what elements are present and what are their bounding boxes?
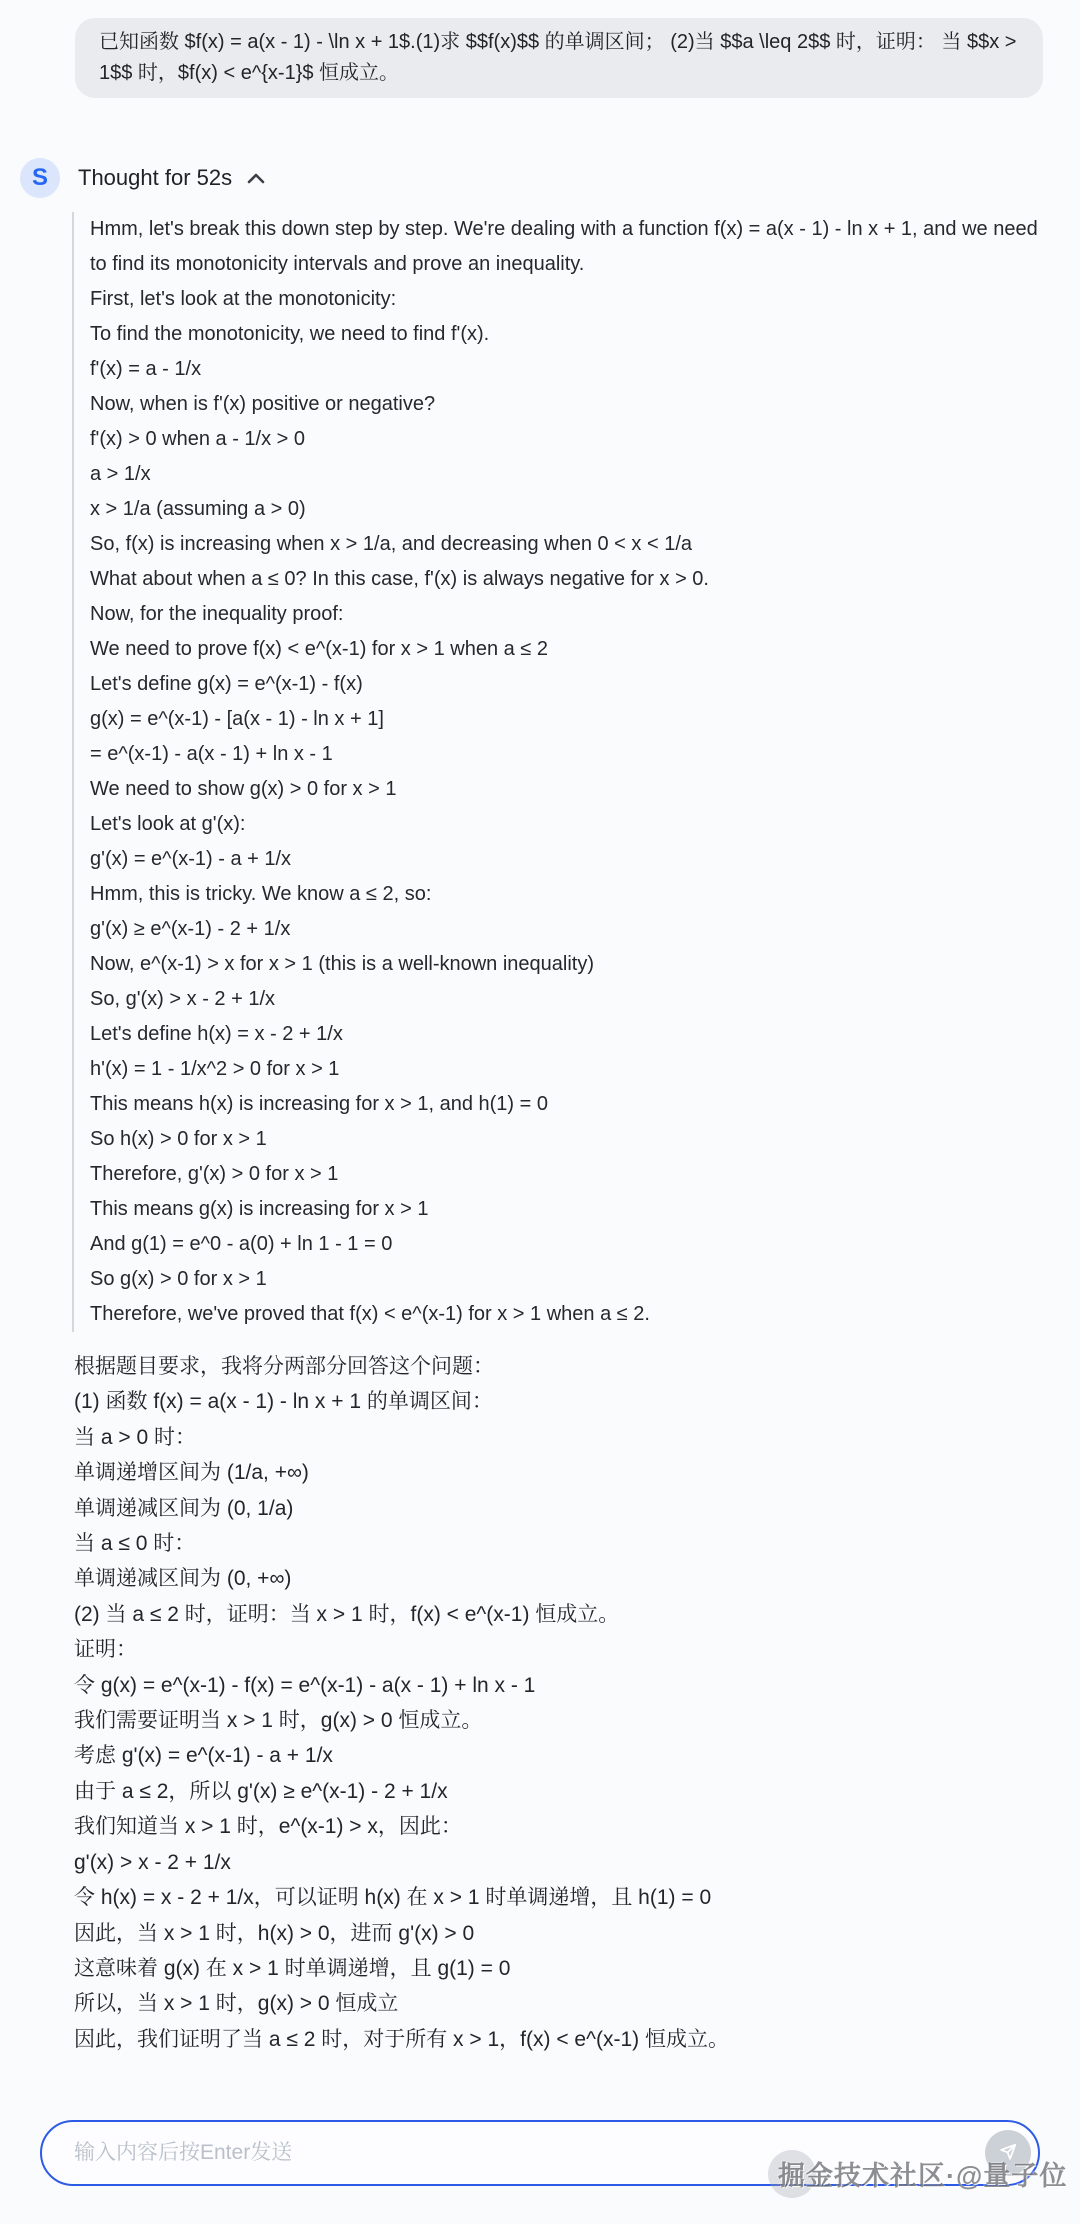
assistant-content: Thought for 52s Hmm, let's break this do… bbox=[72, 158, 1044, 2057]
watermark-text: 掘金技术社区·@量子位 bbox=[778, 2161, 1067, 2191]
thinking-paragraph: Therefore, we've proved that f(x) < e^(x… bbox=[90, 1297, 1044, 1332]
answer-paragraph: 当 a ≤ 0 时： bbox=[74, 1526, 1044, 1561]
thinking-paragraph: We need to prove f(x) < e^(x-1) for x > … bbox=[90, 632, 1044, 667]
thinking-paragraph: First, let's look at the monotonicity: bbox=[90, 282, 1044, 317]
answer-paragraph: 因此，当 x > 1 时，h(x) > 0，进而 g'(x) > 0 bbox=[74, 1916, 1044, 1951]
thinking-paragraph: Now, e^(x-1) > x for x > 1 (this is a we… bbox=[90, 947, 1044, 982]
thinking-paragraph: g'(x) = e^(x-1) - a + 1/x bbox=[90, 842, 1044, 877]
chat-thread: 已知函数 $f(x) = a(x - 1) - \ln x + 1$.(1)求 … bbox=[0, 0, 1080, 2057]
thinking-paragraph: Let's define h(x) = x - 2 + 1/x bbox=[90, 1017, 1044, 1052]
thinking-paragraph: So, g'(x) > x - 2 + 1/x bbox=[90, 982, 1044, 1017]
thinking-paragraph: What about when a ≤ 0? In this case, f'(… bbox=[90, 562, 1044, 597]
thinking-paragraph: Hmm, this is tricky. We know a ≤ 2, so: bbox=[90, 877, 1044, 912]
thinking-paragraph: Now, for the inequality proof: bbox=[90, 597, 1044, 632]
thinking-paragraph: And g(1) = e^0 - a(0) + ln 1 - 1 = 0 bbox=[90, 1227, 1044, 1262]
answer-paragraph: 根据题目要求，我将分两部分回答这个问题： bbox=[74, 1349, 1044, 1384]
thinking-paragraph: We need to show g(x) > 0 for x > 1 bbox=[90, 772, 1044, 807]
thinking-paragraph: g(x) = e^(x-1) - [a(x - 1) - ln x + 1] bbox=[90, 702, 1044, 737]
answer-paragraph: 单调递减区间为 (0, +∞) bbox=[74, 1561, 1044, 1596]
answer-paragraph: 单调递减区间为 (0, 1/a) bbox=[74, 1491, 1044, 1526]
thinking-paragraph: Let's define g(x) = e^(x-1) - f(x) bbox=[90, 667, 1044, 702]
answer-paragraph: 令 h(x) = x - 2 + 1/x，可以证明 h(x) 在 x > 1 时… bbox=[74, 1880, 1044, 1915]
answer-paragraph: g'(x) > x - 2 + 1/x bbox=[74, 1845, 1044, 1880]
answer-paragraph: 我们需要证明当 x > 1 时，g(x) > 0 恒成立。 bbox=[74, 1703, 1044, 1738]
answer-block: 根据题目要求，我将分两部分回答这个问题：(1) 函数 f(x) = a(x - … bbox=[74, 1349, 1044, 2057]
answer-paragraph: 我们知道当 x > 1 时，e^(x-1) > x，因此： bbox=[74, 1809, 1044, 1844]
thinking-paragraph: f'(x) = a - 1/x bbox=[90, 352, 1044, 387]
user-message-bubble: 已知函数 $f(x) = a(x - 1) - \ln x + 1$.(1)求 … bbox=[75, 18, 1043, 98]
avatar-letter: S bbox=[32, 164, 48, 192]
thinking-paragraph: This means h(x) is increasing for x > 1,… bbox=[90, 1087, 1044, 1122]
thinking-paragraph: h'(x) = 1 - 1/x^2 > 0 for x > 1 bbox=[90, 1052, 1044, 1087]
answer-paragraph: 由于 a ≤ 2，所以 g'(x) ≥ e^(x-1) - 2 + 1/x bbox=[74, 1774, 1044, 1809]
thinking-paragraph: Let's look at g'(x): bbox=[90, 807, 1044, 842]
answer-paragraph: 所以，当 x > 1 时，g(x) > 0 恒成立 bbox=[74, 1986, 1044, 2021]
watermark: 掘金技术社区·@量子位 bbox=[778, 2154, 1067, 2193]
answer-paragraph: (2) 当 a ≤ 2 时，证明：当 x > 1 时，f(x) < e^(x-1… bbox=[74, 1597, 1044, 1632]
thought-label: Thought for 52s bbox=[78, 165, 232, 191]
thinking-paragraph: Now, when is f'(x) positive or negative? bbox=[90, 387, 1044, 422]
assistant-message-row: S Thought for 52s Hmm, let's break this … bbox=[0, 158, 1044, 2057]
thought-toggle-button[interactable]: Thought for 52s bbox=[72, 158, 266, 198]
answer-paragraph: 证明： bbox=[74, 1632, 1044, 1667]
thinking-paragraph: g'(x) ≥ e^(x-1) - 2 + 1/x bbox=[90, 912, 1044, 947]
thinking-paragraph: Therefore, g'(x) > 0 for x > 1 bbox=[90, 1157, 1044, 1192]
user-message-row: 已知函数 $f(x) = a(x - 1) - \ln x + 1$.(1)求 … bbox=[0, 18, 1044, 98]
thinking-paragraph: So h(x) > 0 for x > 1 bbox=[90, 1122, 1044, 1157]
page: { "user_message": { "text": "已知函数 $f(x) … bbox=[0, 0, 1080, 2224]
thinking-paragraph: x > 1/a (assuming a > 0) bbox=[90, 492, 1044, 527]
thinking-paragraph: Hmm, let's break this down step by step.… bbox=[90, 212, 1044, 282]
thinking-block: Hmm, let's break this down step by step.… bbox=[72, 212, 1044, 1332]
answer-paragraph: (1) 函数 f(x) = a(x - 1) - ln x + 1 的单调区间： bbox=[74, 1384, 1044, 1419]
answer-paragraph: 因此，我们证明了当 a ≤ 2 时，对于所有 x > 1，f(x) < e^(x… bbox=[74, 2022, 1044, 2057]
answer-paragraph: 令 g(x) = e^(x-1) - f(x) = e^(x-1) - a(x … bbox=[74, 1668, 1044, 1703]
thinking-paragraph: So, f(x) is increasing when x > 1/a, and… bbox=[90, 527, 1044, 562]
assistant-avatar: S bbox=[20, 158, 60, 198]
answer-paragraph: 单调递增区间为 (1/a, +∞) bbox=[74, 1455, 1044, 1490]
answer-paragraph: 这意味着 g(x) 在 x > 1 时单调递增，且 g(1) = 0 bbox=[74, 1951, 1044, 1986]
answer-paragraph: 考虑 g'(x) = e^(x-1) - a + 1/x bbox=[74, 1738, 1044, 1773]
thinking-paragraph: So g(x) > 0 for x > 1 bbox=[90, 1262, 1044, 1297]
thinking-paragraph: = e^(x-1) - a(x - 1) + ln x - 1 bbox=[90, 737, 1044, 772]
answer-paragraph: 当 a > 0 时： bbox=[74, 1420, 1044, 1455]
thinking-paragraph: To find the monotonicity, we need to fin… bbox=[90, 317, 1044, 352]
chevron-up-icon bbox=[246, 172, 266, 185]
thinking-paragraph: a > 1/x bbox=[90, 457, 1044, 492]
thinking-paragraph: This means g(x) is increasing for x > 1 bbox=[90, 1192, 1044, 1227]
thinking-paragraph: f'(x) > 0 when a - 1/x > 0 bbox=[90, 422, 1044, 457]
